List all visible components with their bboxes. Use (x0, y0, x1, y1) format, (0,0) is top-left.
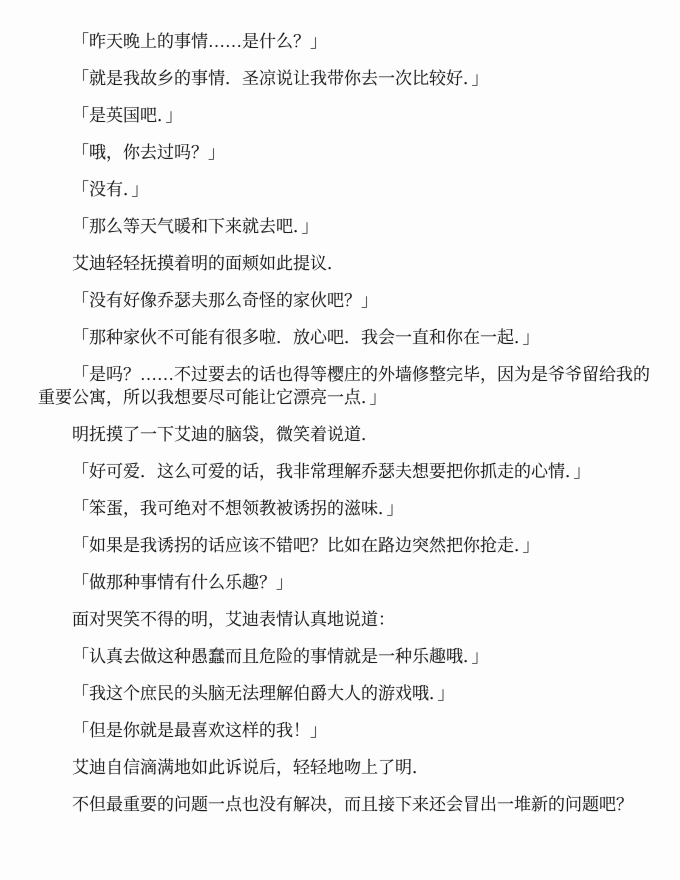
paragraph-14: 「如果是我诱拐的话应该不错吧？比如在路边突然把你抢走．」 (38, 534, 650, 557)
paragraph-list: 「昨天晚上的事情……是什么？」「就是我故乡的事情．圣凉说让我带你去一次比较好．」… (38, 30, 650, 816)
paragraph-1: 「昨天晚上的事情……是什么？」 (38, 30, 650, 53)
paragraph-16: 面对哭笑不得的明，艾迪表情认真地说道： (38, 608, 650, 631)
paragraph-13: 「笨蛋，我可绝对不想领教被诱拐的滋味．」 (38, 497, 650, 520)
paragraph-3: 「是英国吧．」 (38, 104, 650, 127)
paragraph-19: 「但是你就是最喜欢这样的我！」 (38, 719, 650, 742)
paragraph-4: 「哦，你去过吗？」 (38, 141, 650, 164)
paragraph-9: 「那种家伙不可能有很多啦．放心吧．我会一直和你在一起．」 (38, 326, 650, 349)
paragraph-11: 明抚摸了一下艾迪的脑袋，微笑着说道． (38, 423, 650, 446)
paragraph-8: 「没有好像乔瑟夫那么奇怪的家伙吧？」 (38, 289, 650, 312)
paragraph-18: 「我这个庶民的头脑无法理解伯爵大人的游戏哦．」 (38, 682, 650, 705)
paragraph-7: 艾迪轻轻抚摸着明的面颊如此提议． (38, 252, 650, 275)
paragraph-21: 不但最重要的问题一点也没有解决，而且接下来还会冒出一堆新的问题吧？ (38, 793, 650, 816)
novel-page: 「昨天晚上的事情……是什么？」「就是我故乡的事情．圣凉说让我带你去一次比较好．」… (0, 0, 680, 880)
paragraph-15: 「做那种事情有什么乐趣？」 (38, 571, 650, 594)
paragraph-5: 「没有．」 (38, 178, 650, 201)
paragraph-20: 艾迪自信滴满地如此诉说后，轻轻地吻上了明． (38, 756, 650, 779)
paragraph-6: 「那么等天气暖和下来就去吧．」 (38, 215, 650, 238)
paragraph-2: 「就是我故乡的事情．圣凉说让我带你去一次比较好．」 (38, 67, 650, 90)
paragraph-12: 「好可爱．这么可爱的话，我非常理解乔瑟夫想要把你抓走的心情．」 (38, 460, 650, 483)
paragraph-10: 「是吗？……不过要去的话也得等樱庄的外墙修整完毕，因为是爷爷留给我的重要公寓，所… (38, 363, 650, 409)
paragraph-17: 「认真去做这种愚蠢而且危险的事情就是一种乐趣哦．」 (38, 645, 650, 668)
